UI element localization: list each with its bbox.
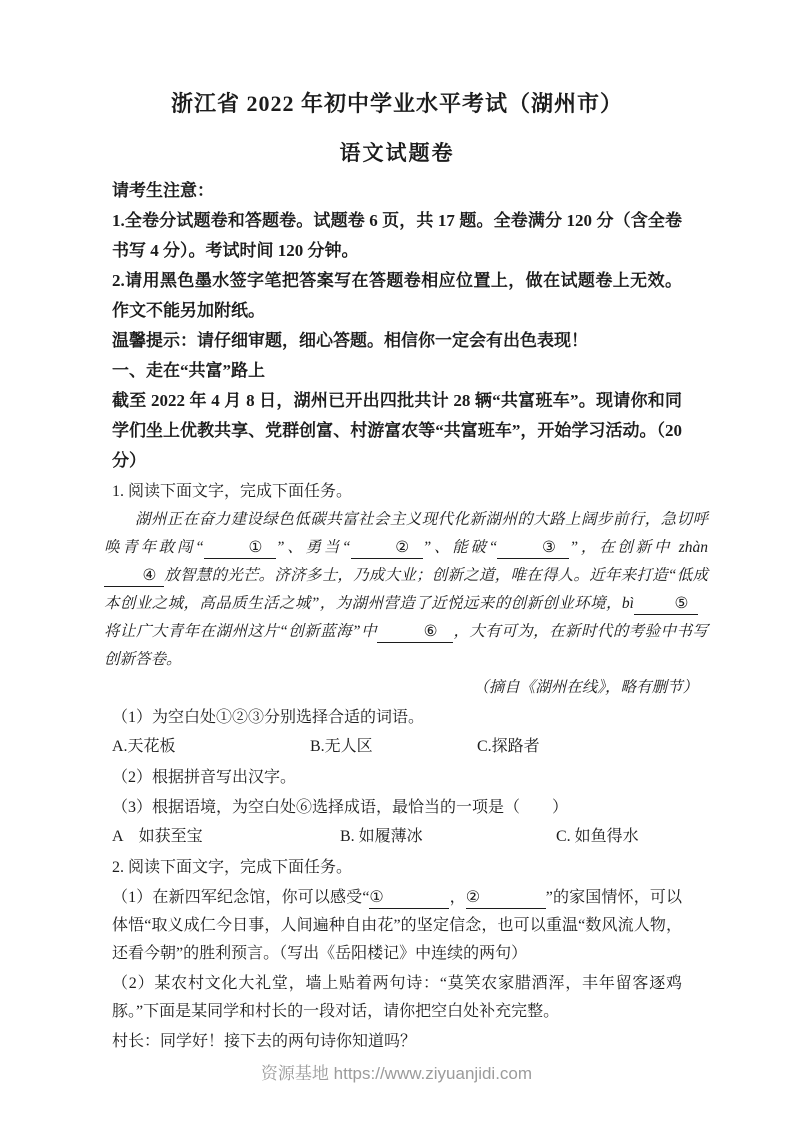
q1-sub2-label: （2）根据拼音写出汉字。 [112, 764, 682, 792]
q1-passage-source: （摘自《湖州在线》，略有删节） [112, 674, 698, 702]
circled-number-6: ⑥ [424, 623, 438, 640]
question-segment: （1）在新四军纪念馆，你可以感受“ [112, 889, 369, 906]
passage-segment: ”、勇当“ [276, 539, 351, 556]
fill-blank-q2-1: ① [369, 888, 449, 909]
circled-number-5: ⑤ [675, 595, 689, 612]
exam-paper-page: 浙江省 2022 年初中学业水平考试（湖州市） 语文试题卷 请考生注意： 1.全… [0, 0, 793, 1122]
circled-number-2: ② [466, 889, 480, 906]
circled-number-1: ① [248, 539, 262, 556]
section1-heading: 一、走在“共富”路上 [112, 356, 682, 386]
circled-number-3: ③ [542, 539, 556, 556]
option-c: C. 如鱼得水 [556, 824, 639, 850]
exam-content: 浙江省 2022 年初中学业水平考试（湖州市） 语文试题卷 请考生注意： 1.全… [112, 0, 682, 1056]
q2-dialogue-village-head: 村长：同学好！接下去的两句诗你知道吗？ [112, 1028, 682, 1056]
option-a: A.天花板 [112, 734, 310, 760]
question-segment: ， [449, 889, 465, 906]
circled-number-4: ④ [143, 567, 157, 584]
option-c: C.探路者 [477, 734, 540, 760]
fill-blank-4: ④ [104, 566, 164, 587]
fill-blank-1: ① [204, 538, 276, 559]
circled-number-1: ① [369, 889, 383, 906]
circled-number-2: ② [395, 539, 409, 556]
passage-segment: 放智慧的光芒。济济多士，乃成大业；创新之道，唯在得人。近年来打造“低成本创业之城… [104, 567, 708, 612]
q1-sub3-label: （3）根据语境，为空白处⑥选择成语，最恰当的一项是（ ） [112, 794, 682, 822]
passage-segment: 将让广大青年在湖州这片“创新蓝海”中 [104, 623, 377, 640]
page-subtitle: 语文试题卷 [112, 138, 682, 168]
option-b: B.无人区 [310, 734, 477, 760]
q2-sub2-label: （2）某农村文化大礼堂，墙上贴着两句诗：“莫笑农家腊酒浑，丰年留客逐鸡豚。”下面… [112, 970, 682, 1026]
q2-sub1: （1）在新四军纪念馆，你可以感受“①，②”的家国情怀，可以体悟“取义成仁今日事，… [112, 884, 682, 968]
q1-sub3-options: A 如获至宝 B. 如履薄冰 C. 如鱼得水 [112, 824, 682, 850]
option-a: A 如获至宝 [112, 824, 340, 850]
notice-tip: 温馨提示：请仔细审题，细心答题。相信你一定会有出色表现！ [112, 326, 682, 356]
notice-heading: 请考生注意： [112, 176, 682, 206]
fill-blank-q2-2: ② [466, 888, 546, 909]
option-b: B. 如履薄冰 [340, 824, 556, 850]
q1-sub1-label: （1）为空白处①②③分别选择合适的词语。 [112, 704, 682, 732]
notice-item-2: 2.请用黑色墨水签字笔把答案写在答题卷相应位置上，做在试题卷上无效。作文不能另加… [112, 266, 682, 326]
fill-blank-5: ⑤ [634, 594, 698, 615]
q1-sub1-options: A.天花板 B.无人区 C.探路者 [112, 734, 682, 760]
q2-stem: 2. 阅读下面文字，完成下面任务。 [112, 854, 682, 882]
fill-blank-2: ② [351, 538, 423, 559]
passage-segment: ”，在创新中 zhàn [569, 539, 708, 556]
page-title: 浙江省 2022 年初中学业水平考试（湖州市） [112, 88, 682, 120]
section1-intro: 截至 2022 年 4 月 8 日，湖州已开出四批共计 28 辆“共富班车”。现… [112, 386, 682, 476]
q1-stem: 1. 阅读下面文字，完成下面任务。 [112, 478, 682, 506]
passage-segment: ”、能破“ [423, 539, 498, 556]
notice-item-1: 1.全卷分试题卷和答题卷。试题卷 6 页，共 17 题。全卷满分 120 分（含… [112, 206, 682, 266]
watermark-footer: 资源基地 https://www.ziyuanjidi.com [0, 1062, 793, 1086]
q1-passage: 湖州正在奋力建设绿色低碳共富社会主义现代化新湖州的大路上阔步前行，急切呼唤青年敢… [104, 506, 708, 674]
fill-blank-3: ③ [497, 538, 569, 559]
fill-blank-6: ⑥ [377, 622, 453, 643]
